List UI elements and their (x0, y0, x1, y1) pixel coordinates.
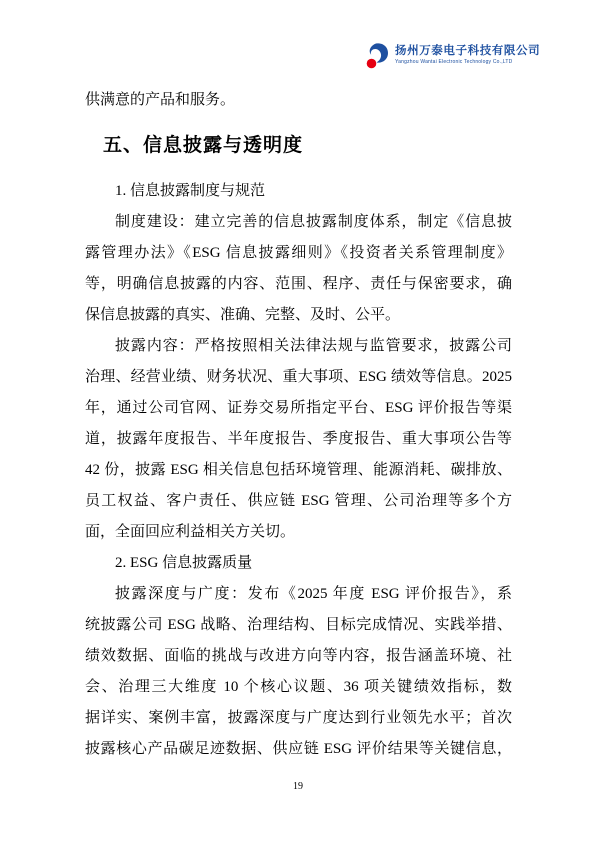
body-line: 治理、经营业绩、财务状况、重大事项、ESG 绩效等信息。2025 (85, 362, 512, 393)
body-line: 披露深度与广度：发布《2025 年度 ESG 评价报告》，系 (85, 579, 512, 610)
body-line: 等，明确信息披露的内容、范围、程序、责任与保密要求，确 (85, 269, 512, 300)
body-line: 员工权益、客户责任、供应链 ESG 管理、公司治理等多个方 (85, 486, 512, 517)
section-heading: 五、信息披露与透明度 (85, 131, 512, 161)
body-line: 据详实、案例丰富，披露深度与广度达到行业领先水平；首次 (85, 703, 512, 734)
wantai-swirl-icon (366, 42, 390, 70)
logo-text: 扬州万泰电子科技有限公司 Yangzhou Wantai Electronic … (395, 42, 540, 66)
carryover-line: 供满意的产品和服务。 (85, 85, 512, 116)
subsection-heading-1: 1. 信息披露制度与规范 (85, 176, 512, 207)
document-page: 扬州万泰电子科技有限公司 Yangzhou Wantai Electronic … (0, 0, 596, 842)
body-line: 统披露公司 ESG 战略、治理结构、目标完成情况、实践举措、 (85, 610, 512, 641)
body-line: 42 份，披露 ESG 相关信息包括环境管理、能源消耗、碳排放、 (85, 455, 512, 486)
body-line: 披露核心产品碳足迹数据、供应链 ESG 评价结果等关键信息， (85, 734, 512, 765)
company-name-en: Yangzhou Wantai Electronic Technology Co… (395, 58, 540, 66)
body-line: 制度建设：建立完善的信息披露制度体系，制定《信息披 (85, 207, 512, 238)
company-logo: 扬州万泰电子科技有限公司 Yangzhou Wantai Electronic … (366, 42, 540, 70)
body-line: 年，通过公司官网、证券交易所指定平台、ESG 评价报告等渠 (85, 393, 512, 424)
logo-red-dot (367, 59, 377, 69)
body-line: 会、治理三大维度 10 个核心议题、36 项关键绩效指标，数 (85, 672, 512, 703)
company-name-zh: 扬州万泰电子科技有限公司 (395, 45, 540, 58)
body-line: 保信息披露的真实、准确、完整、及时、公平。 (85, 300, 512, 331)
body-line: 道，披露年度报告、半年度报告、季度报告、重大事项公告等 (85, 424, 512, 455)
body-line: 披露内容：严格按照相关法律法规与监管要求，披露公司 (85, 331, 512, 362)
body-line: 绩效数据、面临的挑战与改进方向等内容，报告涵盖环境、社 (85, 641, 512, 672)
body-line: 露管理办法》《ESG 信息披露细则》《投资者关系管理制度》 (85, 238, 512, 269)
subsection-heading-2: 2. ESG 信息披露质量 (85, 548, 512, 579)
body-line: 面，全面回应利益相关方关切。 (85, 517, 512, 548)
body-text: 1. 信息披露制度与规范 制度建设：建立完善的信息披露制度体系，制定《信息披 露… (85, 176, 512, 765)
page-number: 19 (0, 781, 596, 792)
